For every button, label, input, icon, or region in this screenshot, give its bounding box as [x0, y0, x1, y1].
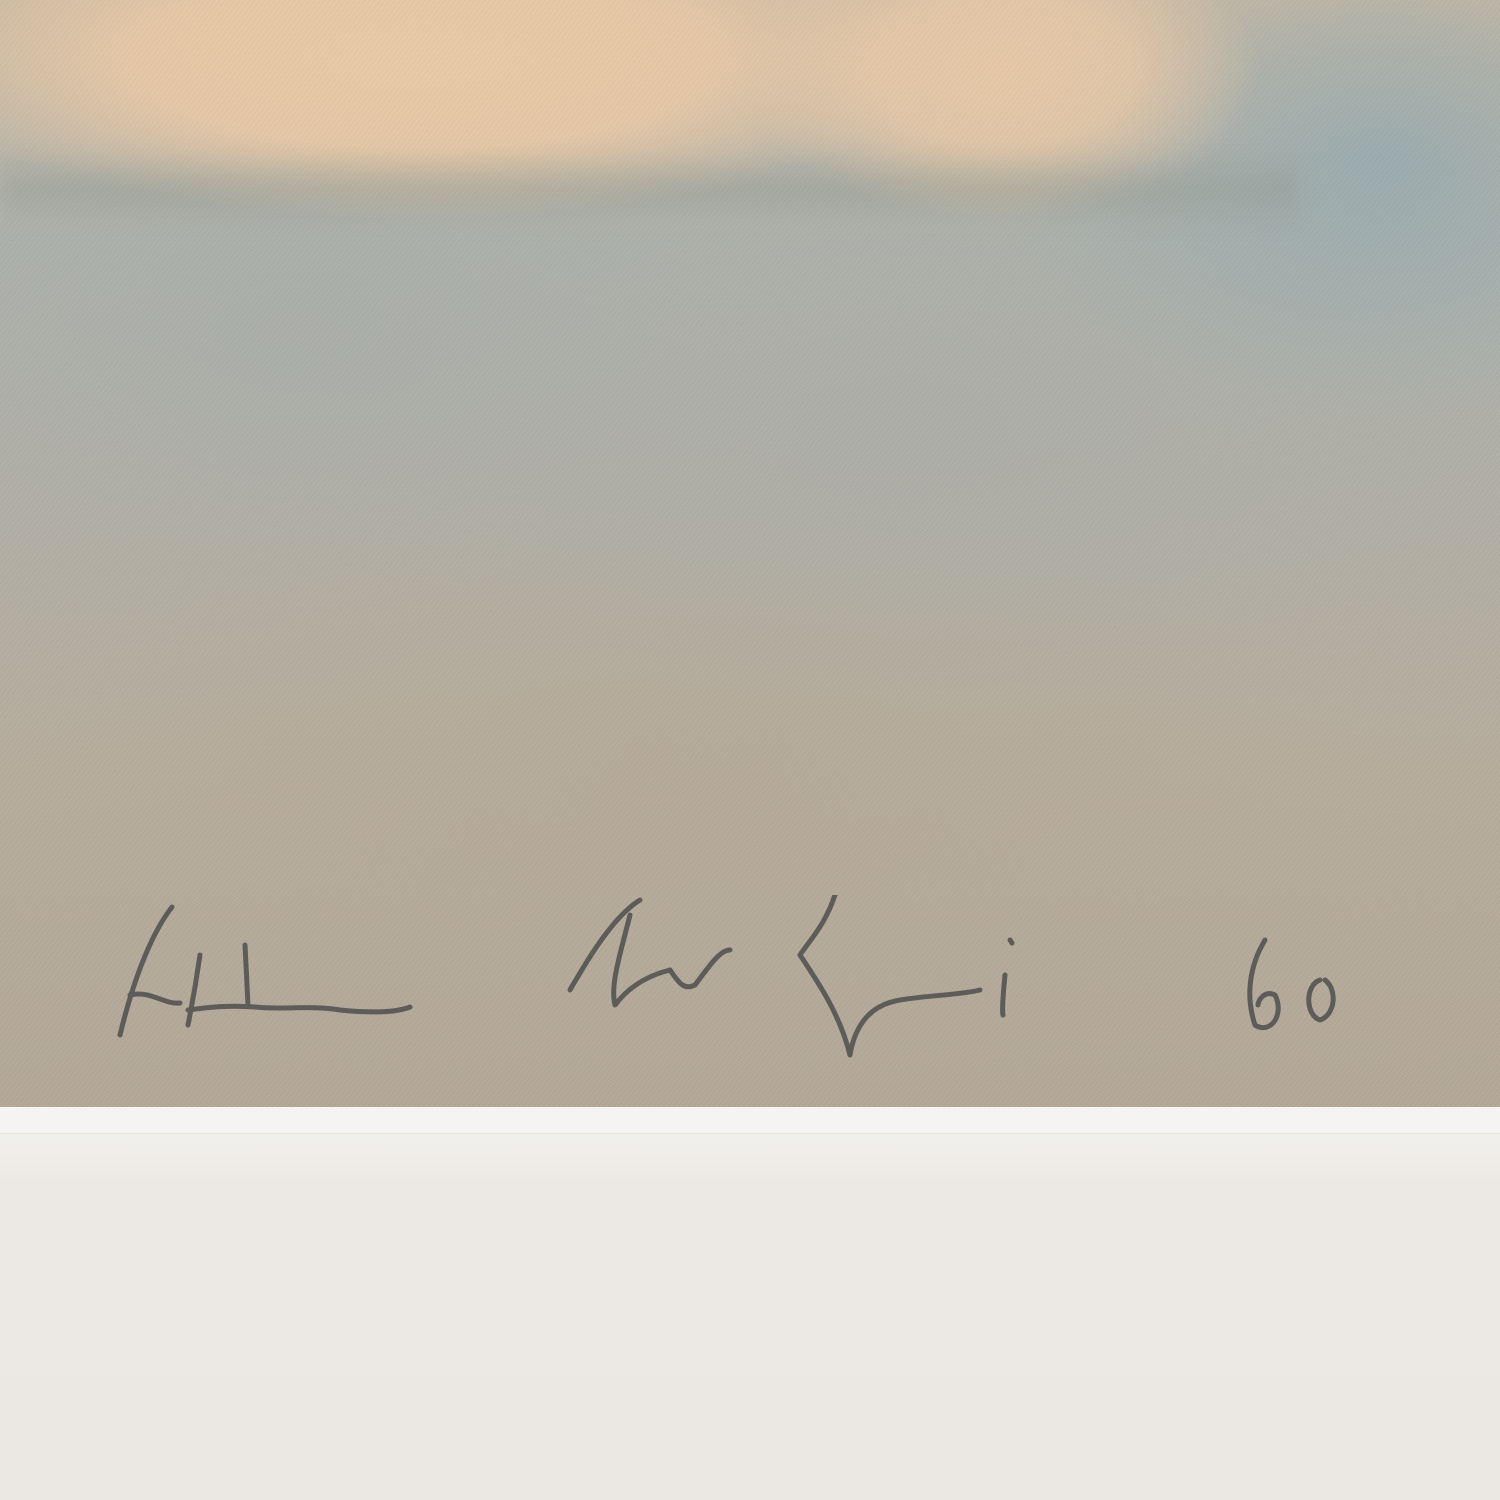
mat-bevel-edge — [0, 1107, 1500, 1134]
artwork-photo — [0, 0, 1500, 1500]
pencil-signature — [110, 895, 1410, 1075]
white-mat-border — [0, 1107, 1500, 1500]
watercolor-painting — [0, 0, 1500, 1107]
